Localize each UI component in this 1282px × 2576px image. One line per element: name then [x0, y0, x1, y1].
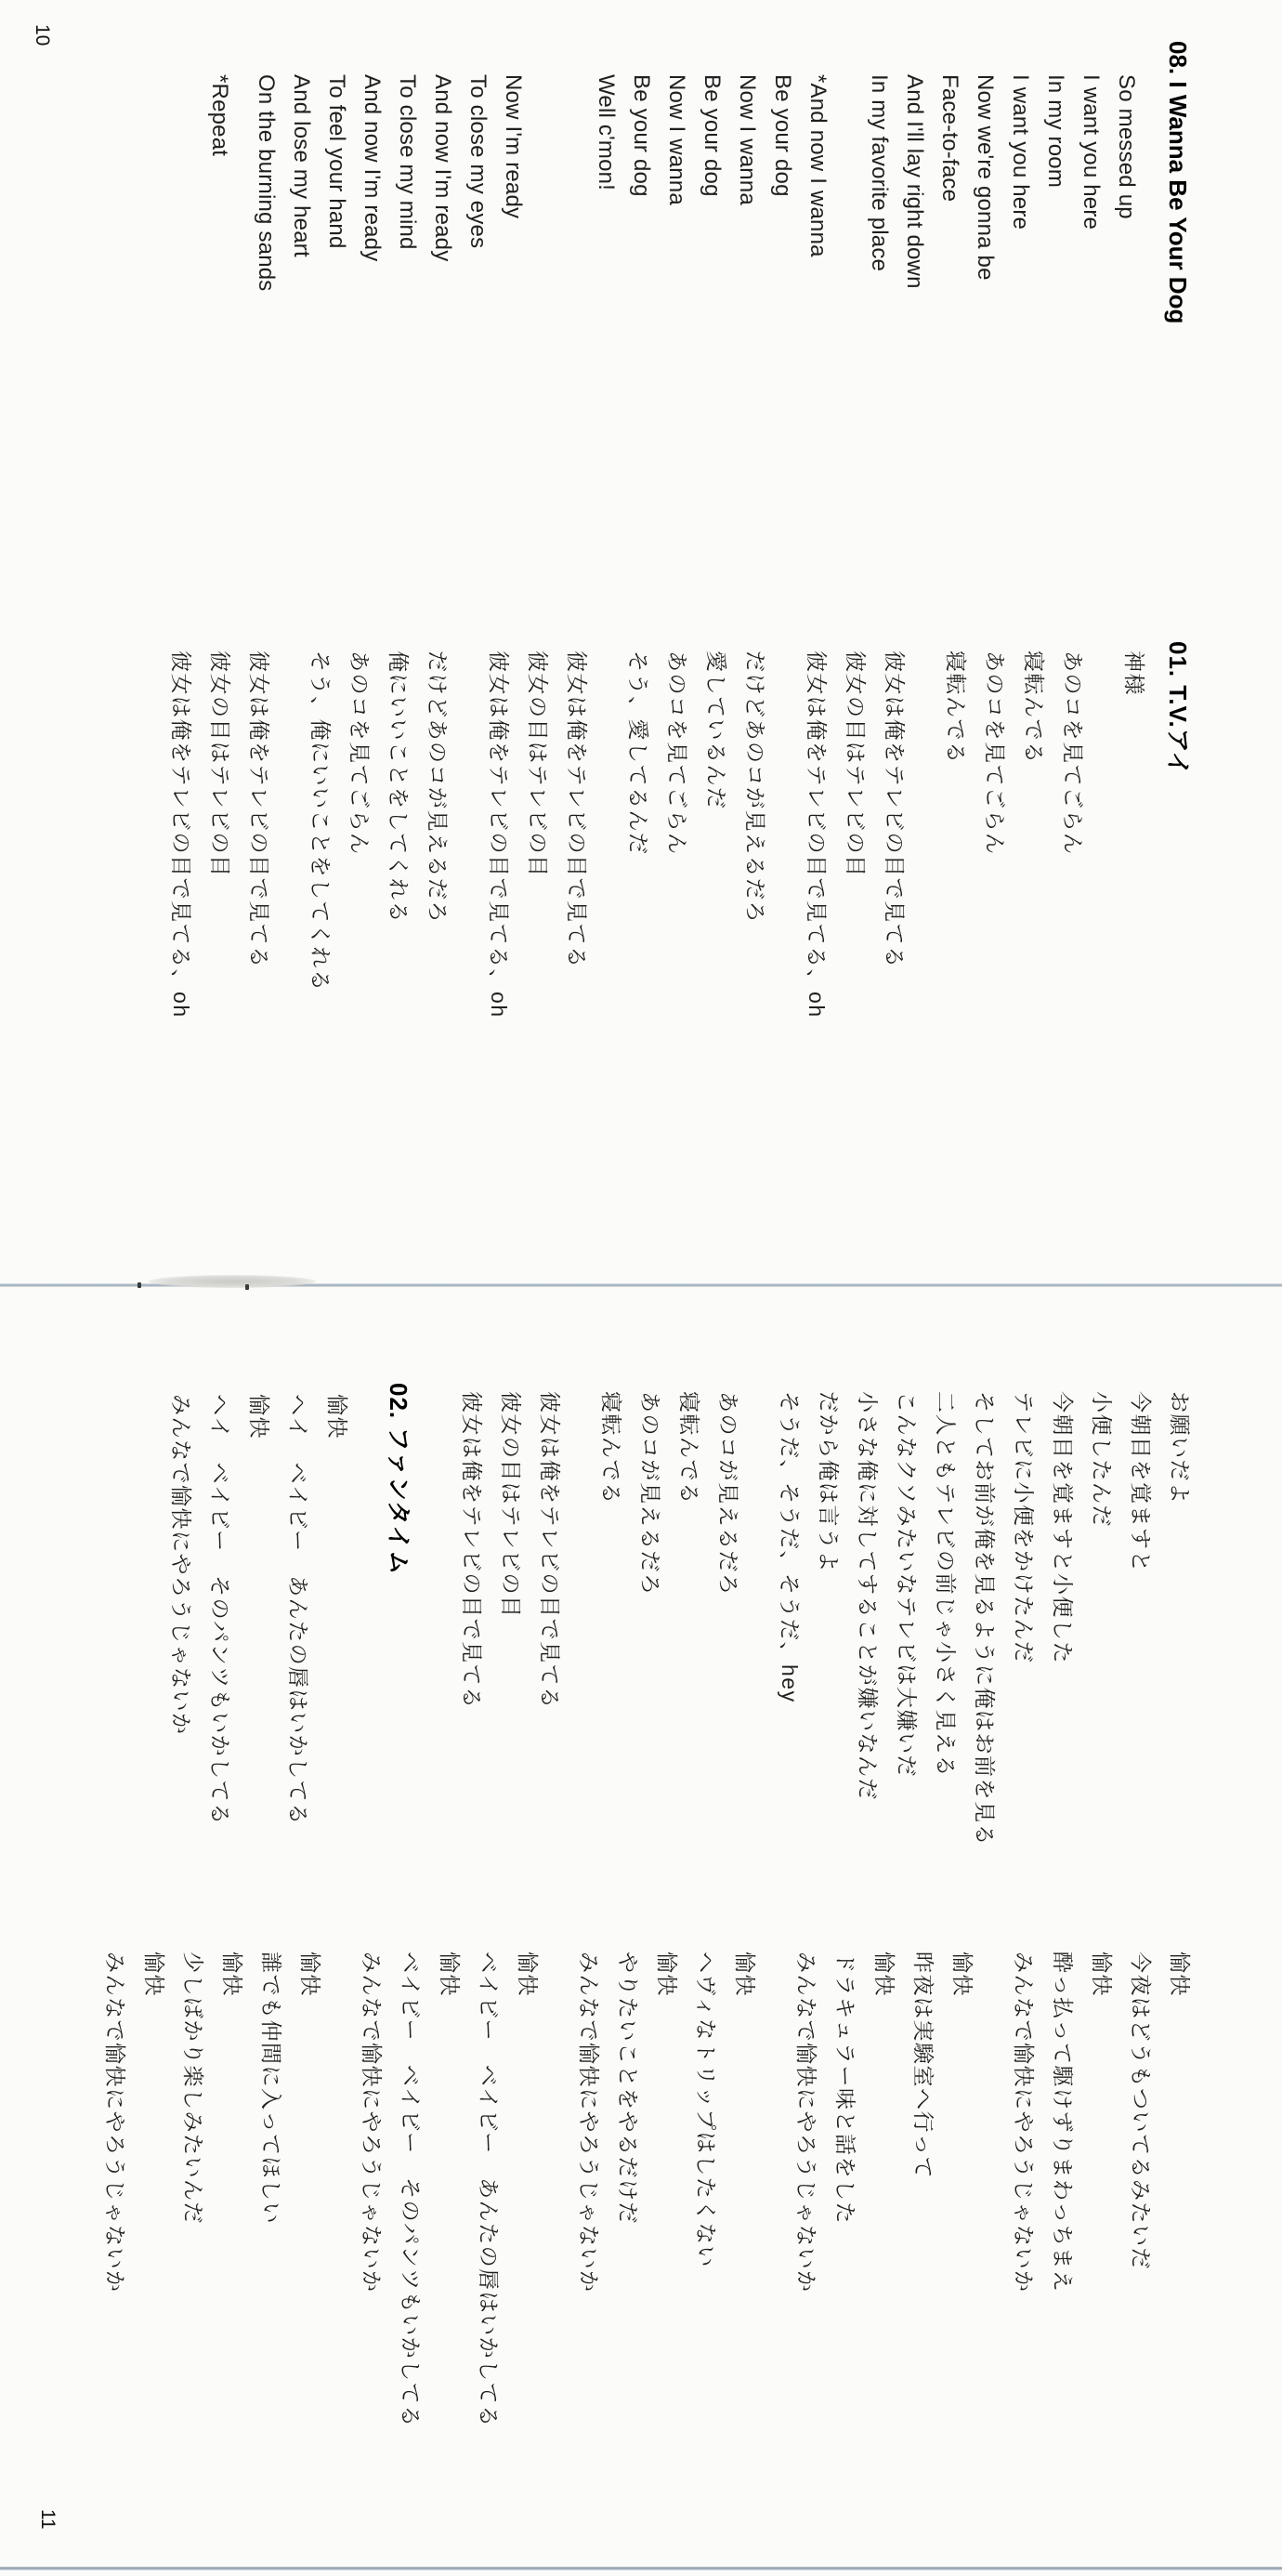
lyric-line: あのコが見えるだろ — [631, 1391, 670, 1597]
lyric-line: みんなで愉快にやろうじゃないか — [96, 1952, 135, 2293]
lyric-line: 小便したんだ — [1082, 1391, 1121, 1847]
lyric-line: 愉快 — [240, 1394, 279, 1826]
lyric-line: 彼女の目はテレビの目 — [201, 651, 240, 1019]
lyric-line: 彼女の目はテレビの目 — [491, 1391, 530, 1710]
lyric-line: お願いだよ — [1160, 1391, 1199, 1847]
page-number-10: 10 — [28, 24, 56, 46]
song01-block-2: あのコを見てごらん寝転んでるあのコを見てごらん寝転んでる — [936, 651, 1092, 856]
lyric-line: 誰でも仲間に入ってほしい — [252, 1952, 291, 2293]
song01-block-7: 彼女は俺をテレビの目で見てる彼女の目はテレビの目彼女は俺をテレビの目で見てる、o… — [162, 651, 279, 1019]
lyric-line: 愉快 — [943, 1952, 982, 2293]
lyric-line: 彼女の目はテレビの目 — [518, 651, 557, 1019]
lyric-line: 酔っ払って駆けずりまわっちまえ — [1043, 1952, 1082, 2293]
lyric-line: 愉快 — [1082, 1952, 1121, 2293]
lyric-line: 寝転んでる — [1014, 651, 1053, 856]
lyric-line: Well c'mon! — [588, 74, 623, 257]
song08-repeat-note: *Repeat — [202, 74, 237, 156]
lyric-line: テレビに小便をかけたんだ — [1004, 1391, 1043, 1847]
lyric-line: Be your dog — [694, 74, 729, 257]
lyric-line: 小さな俺に対してすることが嫌いなんだ — [848, 1391, 887, 1847]
song01-title: 01. T.V.アイ — [1158, 641, 1197, 776]
lyric-line: In my favorite place — [861, 74, 896, 289]
lyric-line: みんなで愉快にやろうじゃないか — [569, 1952, 608, 2293]
lyric-line: Be your dog — [623, 74, 659, 257]
lyric-line: ドラキュラー味と話をした — [826, 1952, 865, 2293]
lyric-line: あのコが見えるだろ — [709, 1391, 748, 1597]
seam-smudge — [149, 1275, 316, 1288]
lyric-line: 彼女は俺をテレビの目で見てる — [875, 651, 914, 1019]
lyric-line: 彼女は俺をテレビの目で見てる、oh — [479, 651, 518, 1019]
lyric-line: And I'll lay right down — [896, 74, 932, 289]
lyric-line: あのコを見てごらん — [975, 651, 1014, 856]
lyric-line: そう、愛してるんだ — [619, 651, 658, 924]
lyric-line: あのコを見てごらん — [1053, 651, 1092, 856]
lyric-line: ヘイ ベイビー あんたの唇はいかしてる — [279, 1394, 318, 1826]
lyric-line: And lose my heart — [283, 74, 319, 292]
lyric-line: On the burning sands — [248, 74, 283, 292]
lyric-line: 俺にいいことをしてくれる — [379, 651, 418, 992]
lyric-line: あのコを見てごらん — [658, 651, 697, 924]
song02-title: 02. ファンタイム — [379, 1383, 418, 1575]
song08-stanza-2: *And now I wannaBe your dogNow I wannaBe… — [588, 74, 835, 257]
page-bottom-edge — [0, 2567, 1282, 2570]
lyric-line: 今夜はどうもついてるみたいだ — [1121, 1952, 1160, 2293]
lyric-line: 彼女は俺をテレビの目で見てる — [240, 651, 279, 1019]
lyric-line: 愉快 — [865, 1952, 904, 2293]
lyric-line: 寝転んでる — [936, 651, 975, 856]
lyric-line: 寝転んでる — [592, 1391, 631, 1597]
lyric-line: ベイビー ベイビー そのパンツもいかしてる — [391, 1952, 430, 2428]
seam-speck — [245, 1284, 249, 1290]
lyric-line: In my room — [1038, 74, 1073, 289]
lyric-line: 愉快 — [213, 1952, 252, 2293]
song02-verse-intro: 愉快ヘイ ベイビー あんたの唇はいかしてる愉快ヘイ ベイビー そのパンツもいかし… — [162, 1394, 357, 1826]
lyric-line: And now I'm ready — [425, 74, 460, 292]
lyric-line: To feel your hand — [319, 74, 354, 292]
song08-stanza-1: So messed upI want you hereIn my roomI w… — [861, 74, 1144, 289]
lyric-line: みんなで愉快にやろうじゃないか — [787, 1952, 826, 2293]
song02-verse-4: 愉快ベイビー ベイビー あんたの唇はいかしてる愉快ベイビー ベイビー そのパンツ… — [352, 1952, 547, 2428]
lyric-line: I want you here — [1002, 74, 1038, 289]
lyric-line: 愉快 — [648, 1952, 687, 2293]
lyric-line: ヘイ ベイビー そのパンツもいかしてる — [201, 1394, 240, 1826]
song01-continued-block-2: あのコが見えるだろ寝転んでるあのコが見えるだろ寝転んでる — [592, 1391, 748, 1597]
song01-block-6: だけどあのコが見えるだろ俺にいいことをしてくれるあのコを見てごらんそう、俺にいい… — [301, 651, 457, 992]
song02-verse-2: 愉快昨夜は実験室へ行って愉快ドラキュラー味と話をしたみんなで愉快にやろうじゃない… — [787, 1952, 982, 2293]
lyric-line: 愉快 — [508, 1952, 547, 2428]
lyric-line: みんなで愉快にやろうじゃないか — [1004, 1952, 1043, 2293]
lyric-line: 愉快 — [135, 1952, 174, 2293]
lyric-line: 彼女は俺をテレビの目で見てる — [530, 1391, 569, 1710]
song02-verse-1: 愉快今夜はどうもついてるみたいだ愉快酔っ払って駆けずりまわっちまえみんなで愉快に… — [1004, 1952, 1199, 2293]
lyric-line: Now I'm ready — [495, 74, 530, 292]
booklet-scan: 10 08. I Wanna Be Your Dog So messed upI… — [0, 0, 1282, 2576]
lyric-line: I want you here — [1073, 74, 1108, 289]
lyric-line: みんなで愉快にやろうじゃないか — [352, 1952, 391, 2428]
lyric-line: だけどあのコが見えるだろ — [418, 651, 457, 992]
seam-speck — [137, 1282, 141, 1288]
lyric-line: ベイビー ベイビー あんたの唇はいかしてる — [469, 1952, 508, 2428]
lyric-line: 二人ともテレビの前じゃ小さく見える — [926, 1391, 965, 1847]
lyric-line: 昨夜は実験室へ行って — [904, 1952, 943, 2293]
song01-continued-block-1: お願いだよ今朝目を覚ますと小便したんだ今朝目を覚ますと小便したテレビに小便をかけ… — [770, 1391, 1199, 1847]
lyric-line: 神様 — [1115, 651, 1154, 696]
song08-stanza-3: Now I'm readyTo close my eyesAnd now I'm… — [248, 74, 530, 292]
lyric-line: And now I'm ready — [354, 74, 389, 292]
song01-block-1: 神様 — [1115, 651, 1154, 696]
song01-block-3: 彼女は俺をテレビの目で見てる彼女の目はテレビの目彼女は俺をテレビの目で見てる、o… — [797, 651, 914, 1019]
lyric-line: 彼女は俺をテレビの目で見てる — [557, 651, 596, 1019]
lyric-line: Be your dog — [765, 74, 800, 257]
lyric-line: 愉快 — [291, 1952, 330, 2293]
lyric-line: Now I wanna — [659, 74, 694, 257]
lyric-line: *Repeat — [202, 74, 237, 156]
song02-verse-3: 愉快ヘヴィなトリップはしたくない愉快やりたいことをやるだけだみんなで愉快にやろう… — [569, 1952, 765, 2293]
lyric-line: だけどあのコが見えるだろ — [736, 651, 775, 924]
lyric-line: 彼女は俺をテレビの目で見てる — [452, 1391, 491, 1710]
lyric-line: Now I wanna — [729, 74, 765, 257]
lyric-line: だから俺は言うよ — [809, 1391, 848, 1847]
lyric-line: 愉快 — [726, 1952, 765, 2293]
lyric-line: To close my eyes — [460, 74, 495, 292]
lyric-line: Face-to-face — [932, 74, 967, 289]
song08-title: 08. I Wanna Be Your Dog — [1160, 41, 1196, 323]
page-number-11: 11 — [33, 2509, 61, 2530]
lyric-line: 愉快 — [430, 1952, 469, 2428]
song01-block-4: だけどあのコが見えるだろ愛しているんだあのコを見てごらんそう、愛してるんだ — [619, 651, 775, 924]
song01-continued-block-3: 彼女は俺をテレビの目で見てる彼女の目はテレビの目彼女は俺をテレビの目で見てる — [452, 1391, 569, 1710]
song02-verse-5: 愉快誰でも仲間に入ってほしい愉快少しばかり楽しみたいんだ愉快みんなで愉快にやろう… — [96, 1952, 330, 2293]
lyric-line: やりたいことをやるだけだ — [608, 1952, 648, 2293]
lyric-line: Now we're gonna be — [967, 74, 1002, 289]
song01-block-5: 彼女は俺をテレビの目で見てる彼女の目はテレビの目彼女は俺をテレビの目で見てる、o… — [479, 651, 596, 1019]
lyric-line: 彼女の目はテレビの目 — [836, 651, 875, 1019]
lyric-line: 愛しているんだ — [697, 651, 736, 924]
lyric-line: みんなで愉快にやろうじゃないか — [162, 1394, 201, 1826]
page-number-11-text: 11 — [33, 2509, 61, 2530]
lyric-line: そう、俺にいいことをしてくれる — [301, 651, 340, 992]
lyric-line: 彼女は俺をテレビの目で見てる、oh — [797, 651, 836, 1019]
lyric-line: 今朝目を覚ますと小便した — [1043, 1391, 1082, 1847]
page-number-10-text: 10 — [28, 24, 56, 46]
lyric-line: 少しばかり楽しみたいんだ — [174, 1952, 213, 2293]
lyric-line: 寝転んでる — [670, 1391, 709, 1597]
lyric-line: こんなクソみたいなテレビは大嫌いだ — [887, 1391, 926, 1847]
lyric-line: あのコを見てごらん — [340, 651, 379, 992]
lyric-line: *And now I wanna — [800, 74, 835, 257]
lyric-line: 今朝目を覚ますと — [1121, 1391, 1160, 1847]
lyric-line: So messed up — [1108, 74, 1144, 289]
lyric-line: そしてお前が俺を見るように俺はお前を見る — [965, 1391, 1004, 1847]
lyric-line: 彼女は俺をテレビの目で見てる、oh — [162, 651, 201, 1019]
lyric-line: そうだ、そうだ、そうだ、hey — [770, 1391, 809, 1847]
lyric-line: ヘヴィなトリップはしたくない — [687, 1952, 726, 2293]
lyric-line: 愉快 — [1160, 1952, 1199, 2293]
lyric-line: To close my mind — [389, 74, 425, 292]
lyric-line: 愉快 — [318, 1394, 357, 1826]
